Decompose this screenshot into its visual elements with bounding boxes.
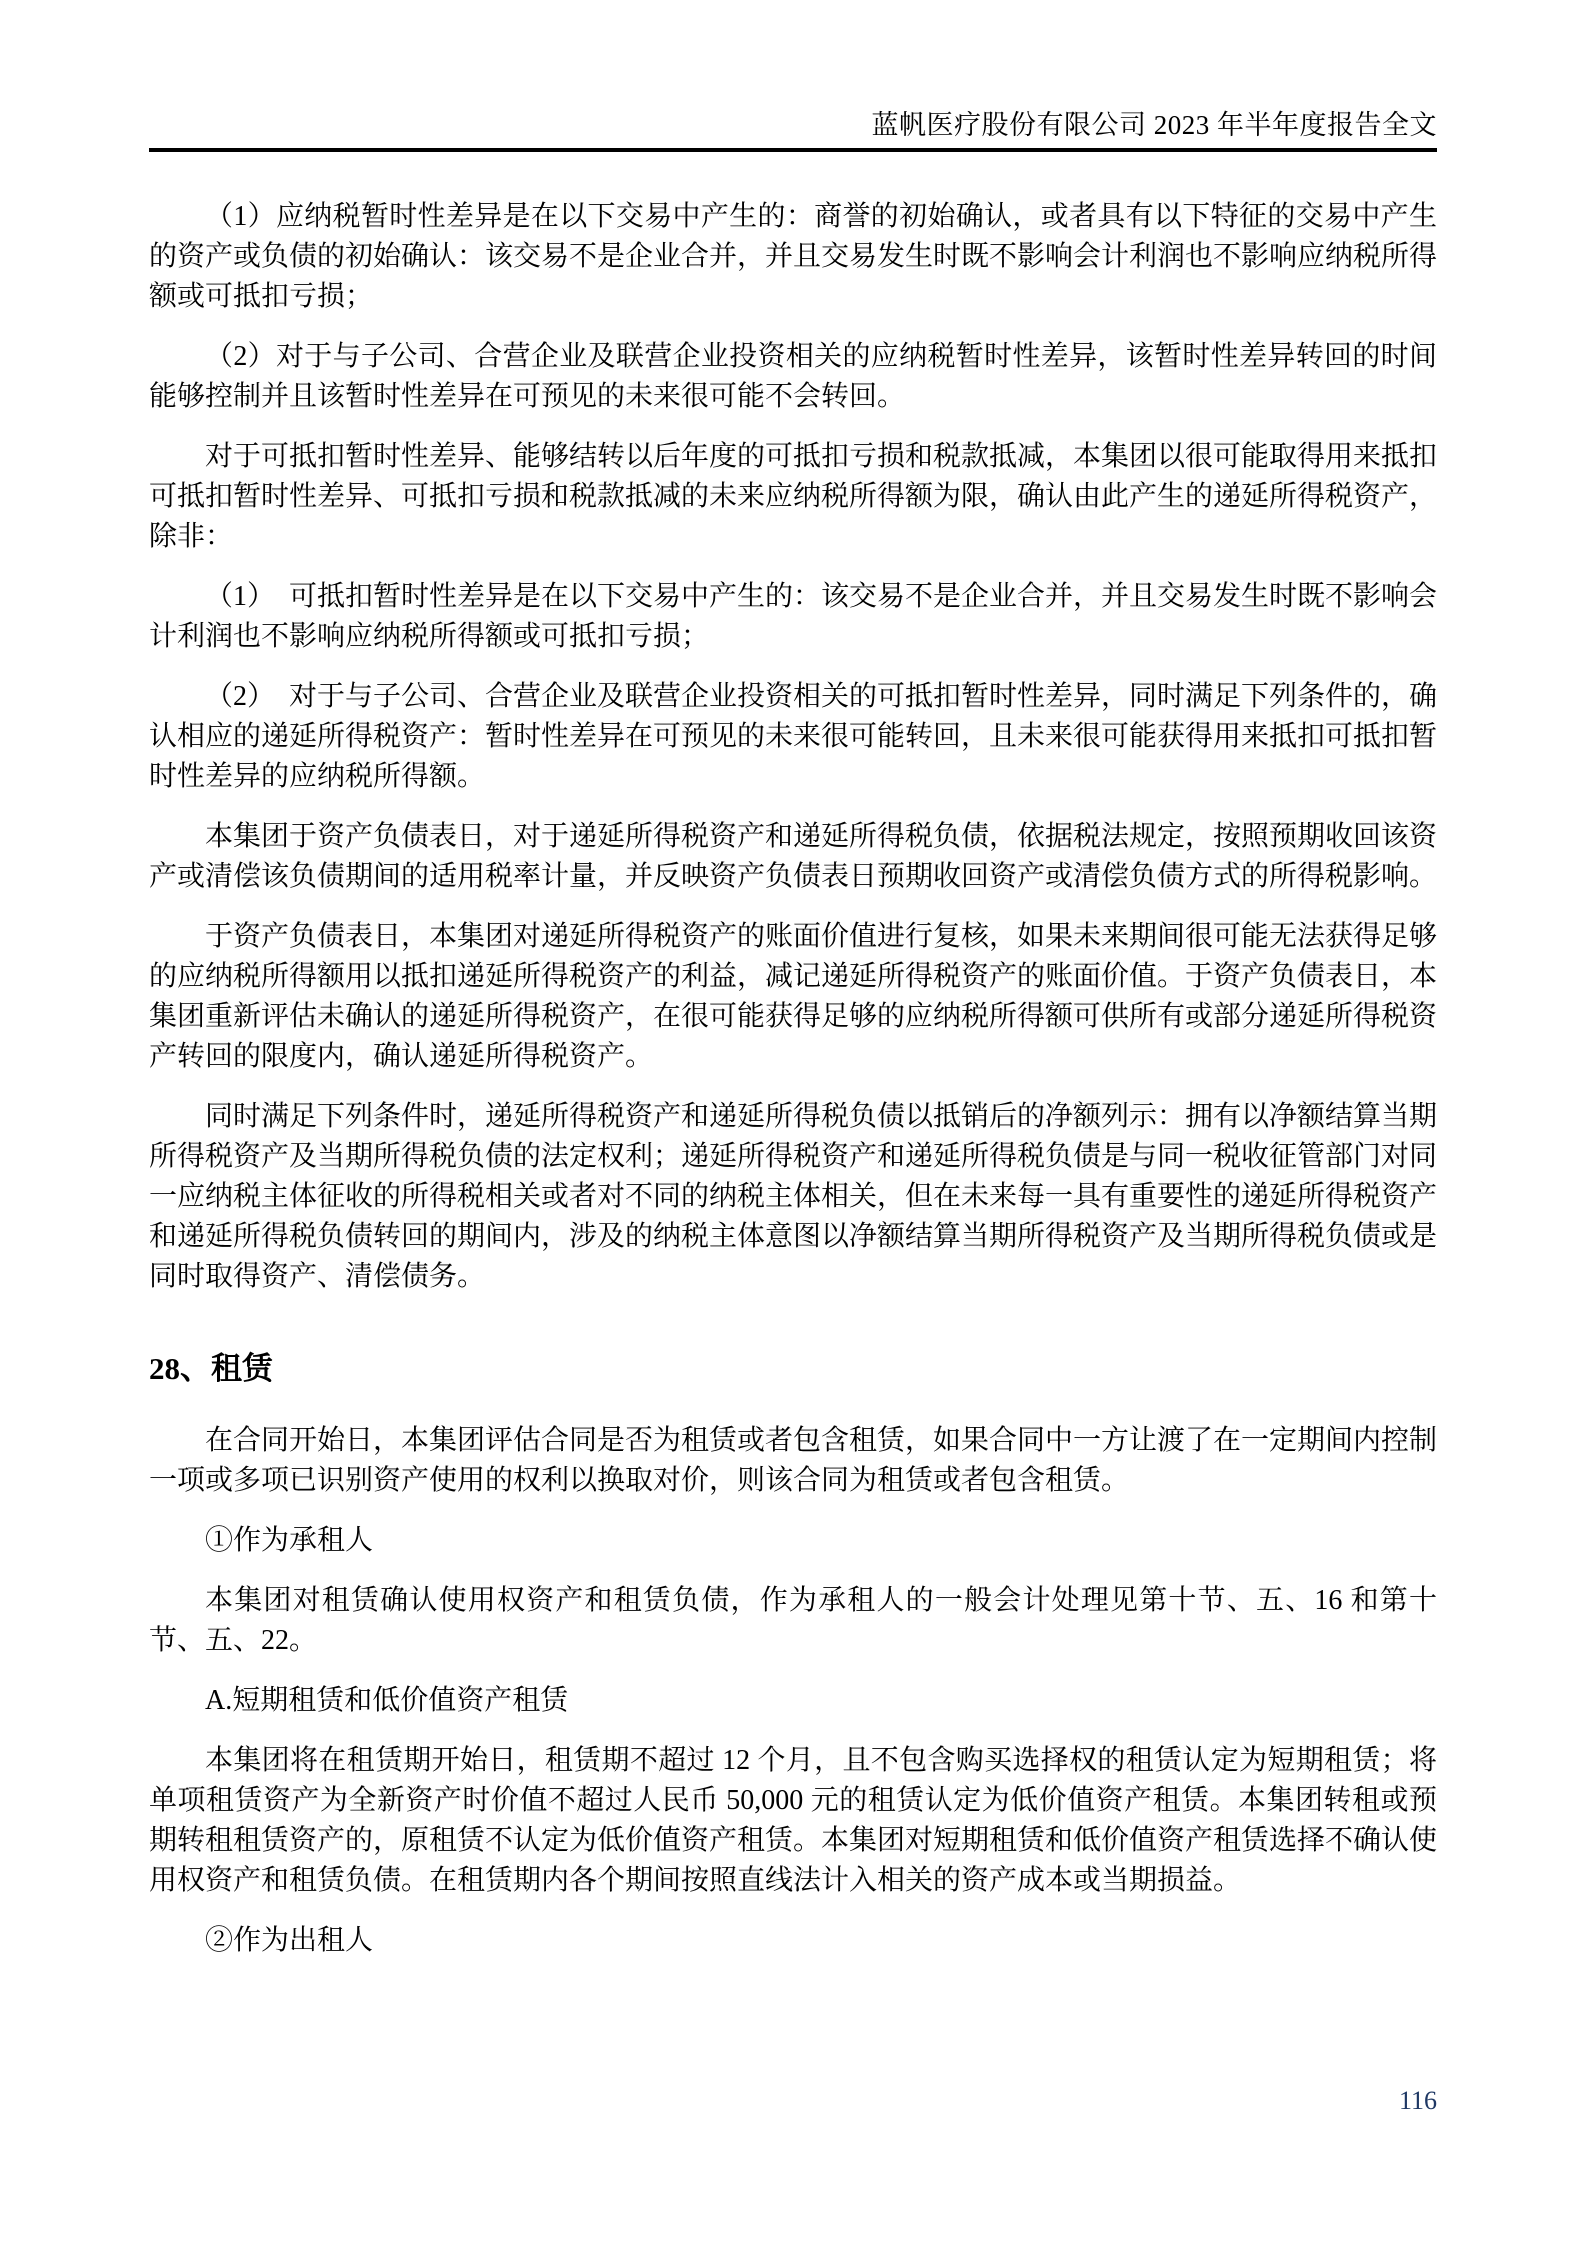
- para-offset-conditions: 同时满足下列条件时，递延所得税资产和递延所得税负债以抵销后的净额列示：拥有以净额…: [149, 1097, 1437, 1297]
- para-deductible-temporary-difference-intro: 对于可抵扣暂时性差异、能够结转以后年度的可抵扣亏损和税款抵减，本集团以很可能取得…: [149, 437, 1437, 557]
- para-deductible-item-2: （2） 对于与子公司、合营企业及联营企业投资相关的可抵扣暂时性差异，同时满足下列…: [149, 677, 1437, 797]
- heading-28-leasing: 28、租赁: [149, 1345, 1437, 1393]
- subheading-as-lessee: ①作为承租人: [149, 1521, 1437, 1561]
- page-header: 蓝帆医疗股份有限公司 2023 年半年度报告全文: [149, 0, 1437, 152]
- para-lease-definition: 在合同开始日，本集团评估合同是否为租赁或者包含租赁，如果合同中一方让渡了在一定期…: [149, 1421, 1437, 1501]
- page-body: （1）应纳税暂时性差异是在以下交易中产生的：商誉的初始确认，或者具有以下特征的交…: [149, 197, 1437, 1981]
- header-rule: [149, 148, 1437, 152]
- header-title: 蓝帆医疗股份有限公司 2023 年半年度报告全文: [149, 0, 1437, 142]
- report-page: 蓝帆医疗股份有限公司 2023 年半年度报告全文 （1）应纳税暂时性差异是在以下…: [0, 0, 1587, 2245]
- para-carrying-amount-review: 于资产负债表日，本集团对递延所得税资产的账面价值进行复核，如果未来期间很可能无法…: [149, 917, 1437, 1077]
- para-taxable-temporary-difference-1: （1）应纳税暂时性差异是在以下交易中产生的：商誉的初始确认，或者具有以下特征的交…: [149, 197, 1437, 317]
- page-number: 116: [1399, 2086, 1437, 2115]
- subheading-as-lessor: ②作为出租人: [149, 1921, 1437, 1961]
- para-deductible-item-1: （1） 可抵扣暂时性差异是在以下交易中产生的：该交易不是企业合并，并且交易发生时…: [149, 577, 1437, 657]
- para-balance-sheet-date-measurement: 本集团于资产负债表日，对于递延所得税资产和递延所得税负债，依据税法规定，按照预期…: [149, 817, 1437, 897]
- para-short-term-low-value-policy: 本集团将在租赁期开始日，租赁期不超过 12 个月，且不包含购买选择权的租赁认定为…: [149, 1741, 1437, 1901]
- para-taxable-temporary-difference-2: （2）对于与子公司、合营企业及联营企业投资相关的应纳税暂时性差异，该暂时性差异转…: [149, 337, 1437, 417]
- page-footer: 116: [1399, 2086, 1437, 2116]
- subheading-short-term-low-value: A.短期租赁和低价值资产租赁: [149, 1681, 1437, 1721]
- para-lessee-accounting: 本集团对租赁确认使用权资产和租赁负债，作为承租人的一般会计处理见第十节、五、16…: [149, 1581, 1437, 1661]
